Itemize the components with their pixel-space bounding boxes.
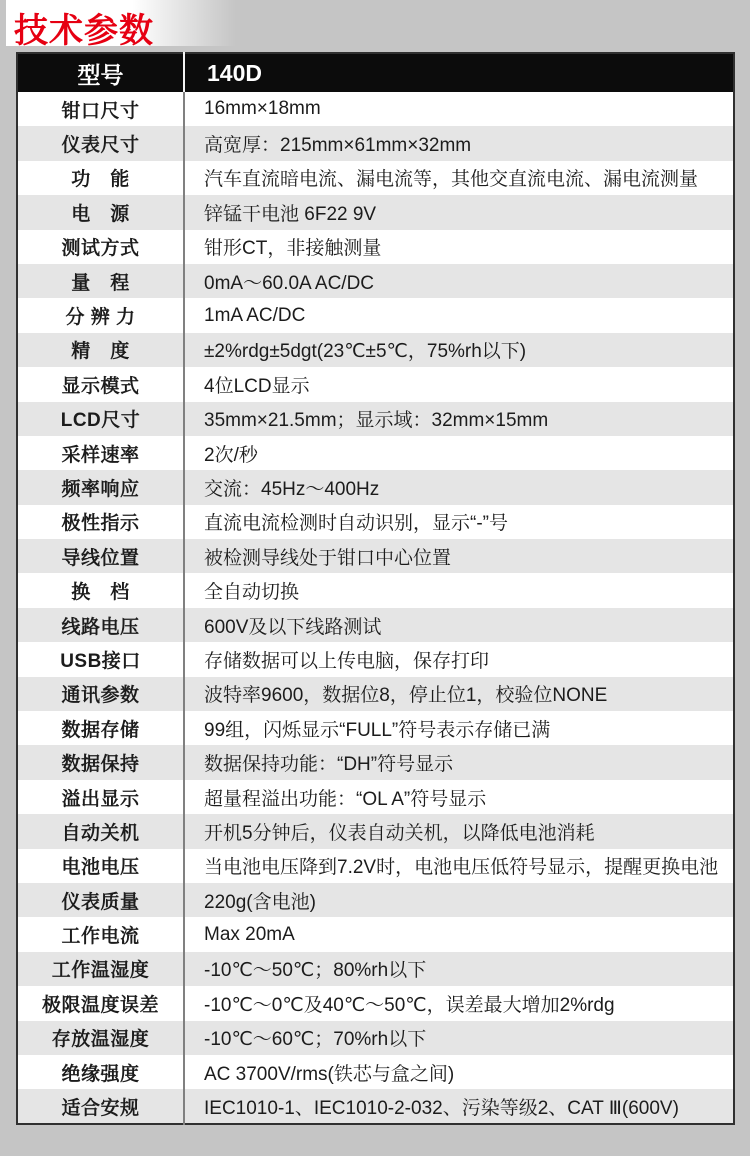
spec-label: 线路电压 <box>17 608 184 642</box>
table-row: 溢出显示超量程溢出功能：“OL A”符号显示 <box>17 780 734 814</box>
spec-value: 波特率9600，数据位8，停止位1，校验位NONE <box>184 677 734 711</box>
spec-label: 数据保持 <box>17 745 184 779</box>
spec-value: -10℃～50℃；80%rh以下 <box>184 952 734 986</box>
table-row: 数据存储99组，闪烁显示“FULL”符号表示存储已满 <box>17 711 734 745</box>
table-row: 通讯参数波特率9600，数据位8，停止位1，校验位NONE <box>17 677 734 711</box>
spec-value: 600V及以下线路测试 <box>184 608 734 642</box>
spec-value: 汽车直流暗电流、漏电流等，其他交直流电流、漏电流测量 <box>184 161 734 195</box>
spec-value: 开机5分钟后，仪表自动关机，以降低电池消耗 <box>184 814 734 848</box>
spec-value: 存储数据可以上传电脑，保存打印 <box>184 642 734 676</box>
table-row: 换 档全自动切换 <box>17 573 734 607</box>
spec-label: USB接口 <box>17 642 184 676</box>
table-row: 绝缘强度AC 3700V/rms(铁芯与盒之间) <box>17 1055 734 1089</box>
table-header-row: 型号 140D <box>17 53 734 92</box>
table-row: 分 辨 力1mA AC/DC <box>17 298 734 332</box>
spec-value: ±2%rdg±5dgt(23℃±5℃，75%rh以下) <box>184 333 734 367</box>
spec-value: 直流电流检测时自动识别，显示“-”号 <box>184 505 734 539</box>
spec-label: 数据存储 <box>17 711 184 745</box>
table-row: 量 程0mA～60.0A AC/DC <box>17 264 734 298</box>
page-title: 技术参数 <box>14 3 154 52</box>
spec-label: 自动关机 <box>17 814 184 848</box>
header-model-value: 140D <box>184 53 734 92</box>
table-row: 极性指示直流电流检测时自动识别，显示“-”号 <box>17 505 734 539</box>
spec-value: 被检测导线处于钳口中心位置 <box>184 539 734 573</box>
table-row: 存放温湿度-10℃～60℃；70%rh以下 <box>17 1021 734 1055</box>
table-row: 钳口尺寸16mm×18mm <box>17 92 734 126</box>
spec-label: 存放温湿度 <box>17 1021 184 1055</box>
spec-label: 仪表尺寸 <box>17 126 184 160</box>
table-row: 功 能汽车直流暗电流、漏电流等，其他交直流电流、漏电流测量 <box>17 161 734 195</box>
spec-table: 型号 140D 钳口尺寸16mm×18mm仪表尺寸高宽厚：215mm×61mm×… <box>16 52 735 1125</box>
table-row: 电 源锌锰干电池 6F22 9V <box>17 195 734 229</box>
spec-value: 220g(含电池) <box>184 883 734 917</box>
spec-label: 换 档 <box>17 573 184 607</box>
spec-value: 16mm×18mm <box>184 92 734 126</box>
spec-label: 溢出显示 <box>17 780 184 814</box>
spec-value: -10℃～60℃；70%rh以下 <box>184 1021 734 1055</box>
spec-value: 交流：45Hz～400Hz <box>184 470 734 504</box>
spec-label: 工作温湿度 <box>17 952 184 986</box>
table-row: LCD尺寸35mm×21.5mm；显示域：32mm×15mm <box>17 402 734 436</box>
table-row: 极限温度误差-10℃～0℃及40℃～50℃，误差最大增加2%rdg <box>17 986 734 1020</box>
spec-value: 2次/秒 <box>184 436 734 470</box>
table-row: 自动关机开机5分钟后，仪表自动关机，以降低电池消耗 <box>17 814 734 848</box>
spec-label: 通讯参数 <box>17 677 184 711</box>
spec-label: 绝缘强度 <box>17 1055 184 1089</box>
spec-value: 4位LCD显示 <box>184 367 734 401</box>
spec-label: 功 能 <box>17 161 184 195</box>
table-row: 线路电压600V及以下线路测试 <box>17 608 734 642</box>
spec-value: -10℃～0℃及40℃～50℃，误差最大增加2%rdg <box>184 986 734 1020</box>
spec-label: 电池电压 <box>17 849 184 883</box>
table-row: USB接口存储数据可以上传电脑，保存打印 <box>17 642 734 676</box>
table-row: 工作温湿度-10℃～50℃；80%rh以下 <box>17 952 734 986</box>
spec-value: 当电池电压降到7.2V时，电池电压低符号显示，提醒更换电池 <box>184 849 734 883</box>
spec-value: 钳形CT，非接触测量 <box>184 230 734 264</box>
spec-label: 工作电流 <box>17 917 184 951</box>
spec-label: 显示模式 <box>17 367 184 401</box>
spec-value: IEC1010-1、IEC1010-2-032、污染等级2、CAT Ⅲ(600V… <box>184 1089 734 1123</box>
spec-label: 极性指示 <box>17 505 184 539</box>
spec-value: 1mA AC/DC <box>184 298 734 332</box>
table-row: 测试方式钳形CT，非接触测量 <box>17 230 734 264</box>
spec-value: Max 20mA <box>184 917 734 951</box>
table-row: 电池电压当电池电压降到7.2V时，电池电压低符号显示，提醒更换电池 <box>17 849 734 883</box>
spec-label: 电 源 <box>17 195 184 229</box>
spec-label: 采样速率 <box>17 436 184 470</box>
spec-value: 锌锰干电池 6F22 9V <box>184 195 734 229</box>
spec-label: 导线位置 <box>17 539 184 573</box>
spec-value: AC 3700V/rms(铁芯与盒之间) <box>184 1055 734 1089</box>
spec-label: 精 度 <box>17 333 184 367</box>
table-row: 适合安规IEC1010-1、IEC1010-2-032、污染等级2、CAT Ⅲ(… <box>17 1089 734 1123</box>
spec-label: 极限温度误差 <box>17 986 184 1020</box>
spec-label: 测试方式 <box>17 230 184 264</box>
spec-value: 数据保持功能：“DH”符号显示 <box>184 745 734 779</box>
spec-label: 量 程 <box>17 264 184 298</box>
table-row: 数据保持数据保持功能：“DH”符号显示 <box>17 745 734 779</box>
spec-label: 分 辨 力 <box>17 298 184 332</box>
spec-label: LCD尺寸 <box>17 402 184 436</box>
table-row: 频率响应交流：45Hz～400Hz <box>17 470 734 504</box>
spec-value: 0mA～60.0A AC/DC <box>184 264 734 298</box>
table-row: 精 度±2%rdg±5dgt(23℃±5℃，75%rh以下) <box>17 333 734 367</box>
spec-label: 适合安规 <box>17 1089 184 1123</box>
spec-label: 钳口尺寸 <box>17 92 184 126</box>
table-row: 仪表尺寸高宽厚：215mm×61mm×32mm <box>17 126 734 160</box>
spec-value: 全自动切换 <box>184 573 734 607</box>
spec-label: 频率响应 <box>17 470 184 504</box>
spec-label: 仪表质量 <box>17 883 184 917</box>
spec-value: 99组，闪烁显示“FULL”符号表示存储已满 <box>184 711 734 745</box>
table-row: 工作电流Max 20mA <box>17 917 734 951</box>
table-row: 仪表质量220g(含电池) <box>17 883 734 917</box>
table-row: 采样速率2次/秒 <box>17 436 734 470</box>
table-row: 导线位置被检测导线处于钳口中心位置 <box>17 539 734 573</box>
spec-value: 35mm×21.5mm；显示域：32mm×15mm <box>184 402 734 436</box>
table-row: 显示模式4位LCD显示 <box>17 367 734 401</box>
spec-table-body: 钳口尺寸16mm×18mm仪表尺寸高宽厚：215mm×61mm×32mm功 能汽… <box>17 92 734 1124</box>
spec-value: 超量程溢出功能：“OL A”符号显示 <box>184 780 734 814</box>
header-model-label: 型号 <box>17 53 184 92</box>
spec-value: 高宽厚：215mm×61mm×32mm <box>184 126 734 160</box>
